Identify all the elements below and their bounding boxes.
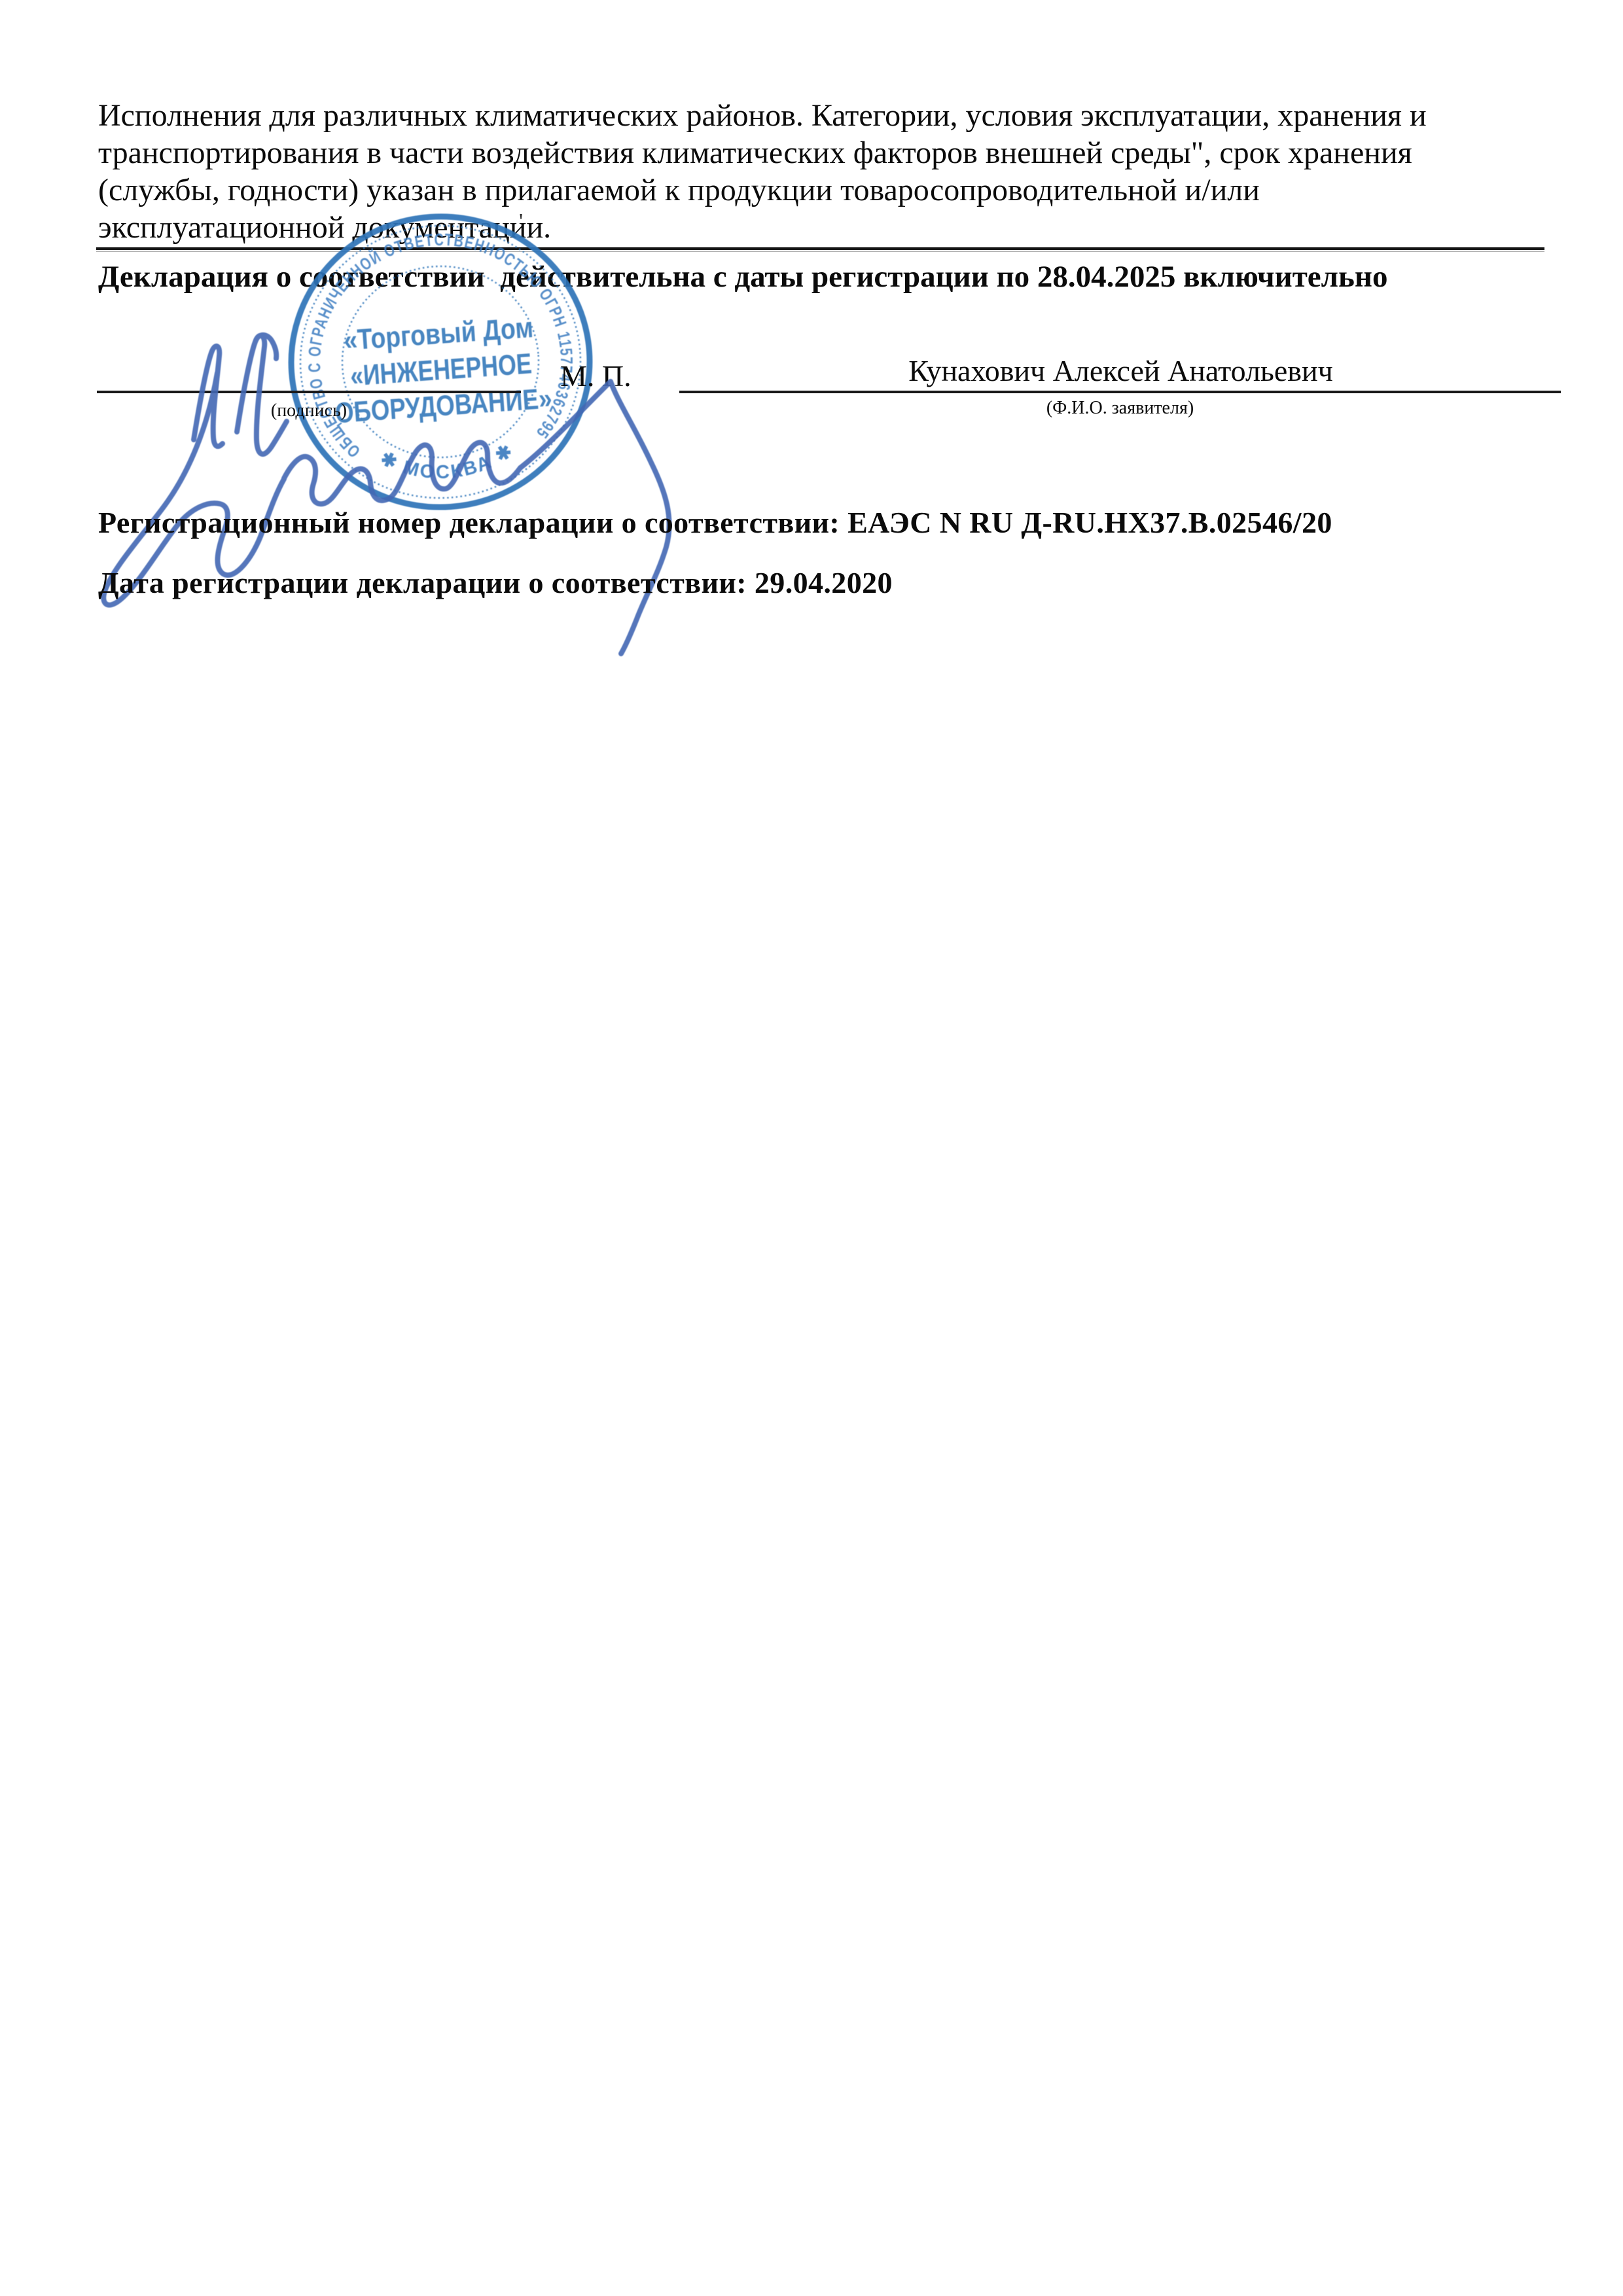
signature-stroke bbox=[284, 442, 520, 504]
registration-date-label: Дата регистрации декларации о соответств… bbox=[98, 566, 747, 599]
paragraph-line: (службы, годности) указан в прилагаемой … bbox=[98, 171, 1577, 209]
registration-date-value: 29.04.2020 bbox=[755, 566, 893, 599]
name-line bbox=[679, 391, 1561, 393]
registration-number-value: ЕАЭС N RU Д-RU.НХ37.В.02546/20 bbox=[847, 506, 1332, 539]
applicant-name: Кунахович Алексей Анатольевич bbox=[681, 353, 1561, 388]
handwritten-signature bbox=[65, 275, 720, 680]
registration-number-label: Регистрационный номер декларации о соотв… bbox=[98, 506, 840, 539]
registration-date-row: Дата регистрации декларации о соответств… bbox=[98, 565, 893, 600]
signature-stroke bbox=[237, 336, 287, 454]
paragraph-line: Исполнения для различных климатических р… bbox=[98, 97, 1577, 134]
paragraph-line: транспортирования в части воздействия кл… bbox=[98, 134, 1577, 171]
document-page: Исполнения для различных климатических р… bbox=[0, 0, 1623, 2296]
name-caption: (Ф.И.О. заявителя) bbox=[679, 398, 1561, 419]
registration-number-row: Регистрационный номер декларации о соотв… bbox=[98, 505, 1332, 540]
signature-stroke bbox=[194, 346, 223, 446]
